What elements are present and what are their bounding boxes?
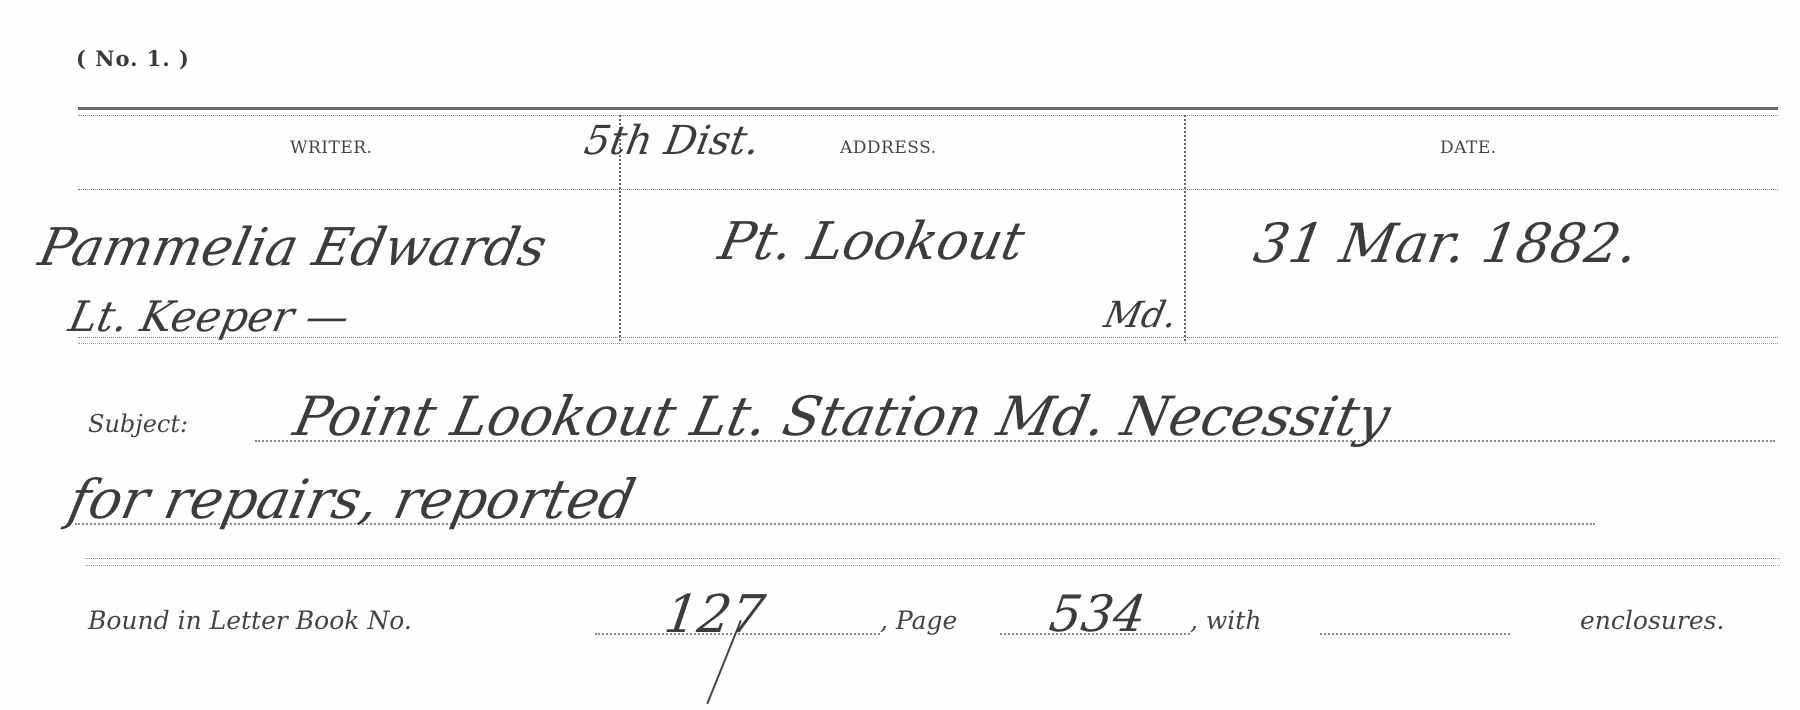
column-header-address: ADDRESS. — [840, 138, 937, 158]
subject-bottom-rule-secondary — [85, 565, 1780, 566]
writer-name: Pammelia Edwards — [34, 218, 552, 278]
subject-text-line-2: for repairs, reported — [63, 468, 640, 531]
subject-bottom-rule — [85, 558, 1780, 559]
subject-label: Subject: — [88, 410, 188, 438]
district-annotation: 5th Dist. — [581, 118, 763, 164]
page-label: , Page — [880, 606, 957, 635]
column-header-date: DATE. — [1440, 138, 1497, 158]
enclosures-dotted-line — [1320, 633, 1510, 635]
table-top-rule-secondary — [78, 115, 1778, 116]
letter-book-number: 127 — [661, 585, 769, 645]
address-state: Md. — [1101, 295, 1181, 336]
column-header-writer: WRITER. — [290, 138, 372, 158]
subject-text-line-1: Point Lookout Lt. Station Md. Necessity — [288, 385, 1395, 448]
address-value: Pt. Lookout — [714, 212, 1030, 272]
page-number: 534 — [1046, 585, 1150, 643]
form-number: ( No. 1. ) — [76, 46, 190, 71]
column-divider-address-date — [1184, 115, 1186, 341]
with-label: , with — [1190, 606, 1261, 635]
letter-register-card: ( No. 1. ) WRITER. ADDRESS. DATE. 5th Di… — [0, 0, 1800, 710]
header-divider — [78, 189, 1778, 190]
enclosures-label: enclosures. — [1580, 606, 1724, 635]
date-value: 31 Mar. 1882. — [1249, 212, 1642, 275]
bound-in-letter-book-label: Bound in Letter Book No. — [88, 606, 412, 635]
writer-title: Lt. Keeper — — [65, 292, 354, 341]
table-top-rule — [78, 107, 1778, 110]
row-divider-secondary — [78, 343, 1778, 344]
